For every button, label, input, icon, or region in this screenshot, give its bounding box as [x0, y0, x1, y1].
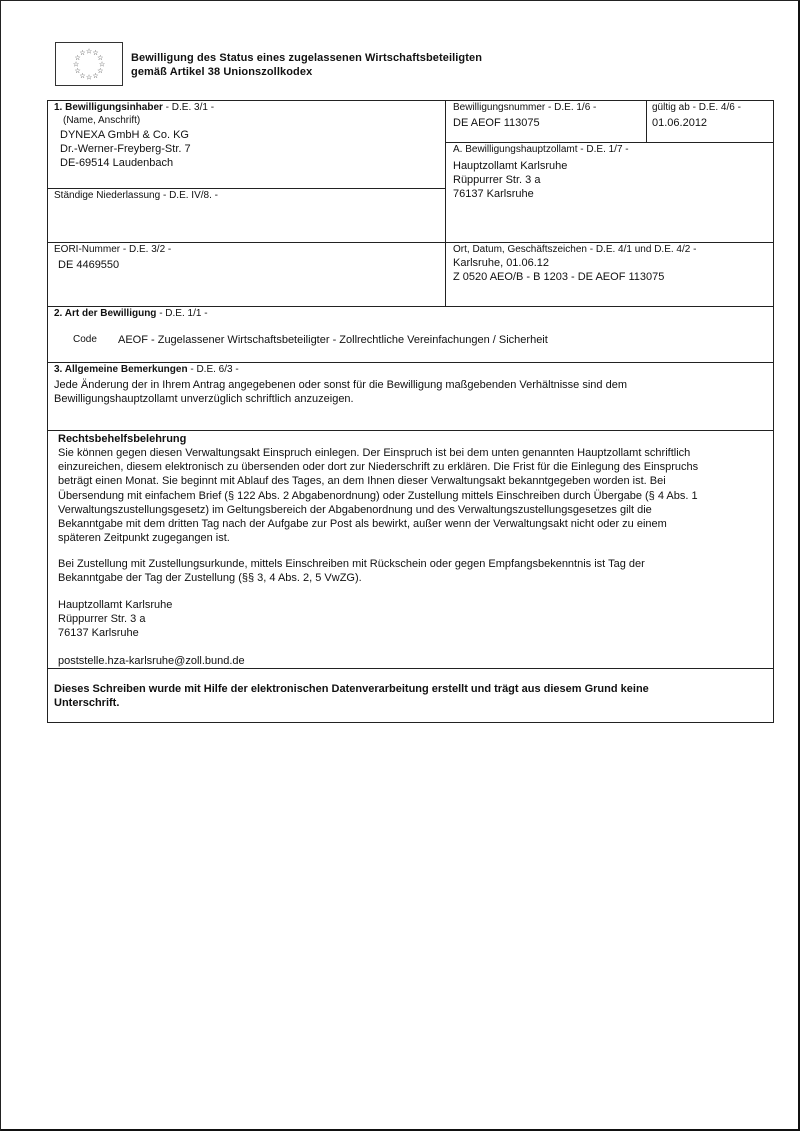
eori-label: EORI-Nummer - D.E. 3/2 - — [54, 243, 171, 257]
legal-remedy-heading: Rechtsbehelfsbelehrung — [58, 432, 186, 446]
legal-remedy-line: Bekanntgabe mit dem dritten Tag nach der… — [58, 517, 667, 531]
holder-street: Dr.-Werner-Freyberg-Str. 7 — [60, 142, 191, 156]
authorisation-number-label: Bewilligungsnummer - D.E. 1/6 - — [453, 101, 596, 115]
legal-office-line-3: 76137 Karlsruhe — [58, 626, 139, 640]
customs-office-line-3: 76137 Karlsruhe — [453, 187, 534, 201]
valid-from-value: 01.06.2012 — [652, 116, 707, 130]
svg-text:☆: ☆ — [79, 49, 85, 57]
legal-remedy-delivery-line: Bekanntgabe der Tag der Zustellung (§§ 3… — [58, 571, 362, 585]
valid-from-label: gültig ab - D.E. 4/6 - — [652, 101, 741, 115]
table-border-right — [773, 100, 774, 722]
holder-sublabel: (Name, Anschrift) — [63, 114, 140, 128]
row-divider-6 — [47, 668, 774, 669]
eu-flag-icon: ☆☆☆☆☆☆☆☆☆☆☆☆ — [55, 42, 123, 86]
holder-name: DYNEXA GmbH & Co. KG — [60, 128, 189, 142]
svg-text:☆: ☆ — [92, 72, 98, 80]
permanent-establishment-label: Ständige Niederlassung - D.E. IV/8. - — [54, 189, 218, 203]
place-date-ref-label: Ort, Datum, Geschäftszeichen - D.E. 4/1 … — [453, 243, 696, 257]
legal-remedy-line: späteren Zeitpunkt zugegangen ist. — [58, 531, 230, 545]
column-divider — [445, 100, 446, 306]
holder-city: DE-69514 Laudenbach — [60, 156, 173, 170]
type-code-value: AEOF - Zugelassener Wirtschaftsbeteiligt… — [118, 333, 548, 347]
customs-office-label: A. Bewilligungshauptzollamt - D.E. 1/7 - — [453, 143, 629, 157]
footer-note-line-2: Unterschrift. — [54, 696, 119, 710]
legal-remedy-delivery-line: Bei Zustellung mit Zustellungsurkunde, m… — [58, 557, 645, 571]
title-line-2: gemäß Artikel 38 Unionszollkodex — [131, 65, 482, 79]
remarks-text-line-1: Jede Änderung der in Ihrem Antrag angege… — [54, 378, 627, 392]
column-divider-valid-from — [646, 100, 647, 142]
document-title: Bewilligung des Status eines zugelassene… — [131, 51, 482, 79]
customs-office-line-1: Hauptzollamt Karlsruhe — [453, 159, 567, 173]
reference-number: Z 0520 AEO/B - B 1203 - DE AEOF 113075 — [453, 270, 664, 284]
svg-text:☆: ☆ — [86, 74, 92, 82]
title-line-1: Bewilligung des Status eines zugelassene… — [131, 51, 482, 65]
legal-office-line-1: Hauptzollamt Karlsruhe — [58, 598, 172, 612]
footer-note-line-1: Dieses Schreiben wurde mit Hilfe der ele… — [54, 682, 649, 696]
document-page: ☆☆☆☆☆☆☆☆☆☆☆☆ Bewilligung des Status eine… — [0, 0, 800, 1131]
legal-office-line-2: Rüppurrer Str. 3 a — [58, 612, 145, 626]
table-border-bottom — [47, 722, 774, 723]
type-code-label: Code — [73, 333, 97, 347]
legal-remedy-line: Übersendung mit einfachem Brief (§ 122 A… — [58, 489, 698, 503]
eori-value: DE 4469550 — [58, 258, 119, 272]
legal-remedy-line: beträgt einen Monat. Sie beginnt mit Abl… — [58, 474, 666, 488]
remarks-text-line-2: Bewilligungshauptzollamt unverzüglich sc… — [54, 392, 354, 406]
legal-remedy-line: Verwaltungszustellungsgesetz) im Geltung… — [58, 503, 652, 517]
legal-remedy-line: einzureichen, diesem elektronisch zu übe… — [58, 460, 698, 474]
authorisation-number-value: DE AEOF 113075 — [453, 116, 540, 130]
legal-remedy-line: Sie können gegen diesen Verwaltungsakt E… — [58, 446, 690, 460]
svg-text:☆: ☆ — [86, 48, 92, 56]
holder-heading: 1. Bewilligungsinhaber - D.E. 3/1 - — [54, 101, 214, 115]
office-email-link[interactable]: poststelle.hza-karlsruhe@zoll.bund.de — [58, 654, 245, 668]
row-divider-5 — [47, 430, 774, 431]
place-date-line: Karlsruhe, 01.06.12 — [453, 256, 549, 270]
customs-office-line-2: Rüppurrer Str. 3 a — [453, 173, 540, 187]
table-border-left — [47, 100, 48, 722]
remarks-heading: 3. Allgemeine Bemerkungen - D.E. 6/3 - — [54, 363, 239, 377]
type-heading: 2. Art der Bewilligung - D.E. 1/1 - — [54, 307, 208, 321]
